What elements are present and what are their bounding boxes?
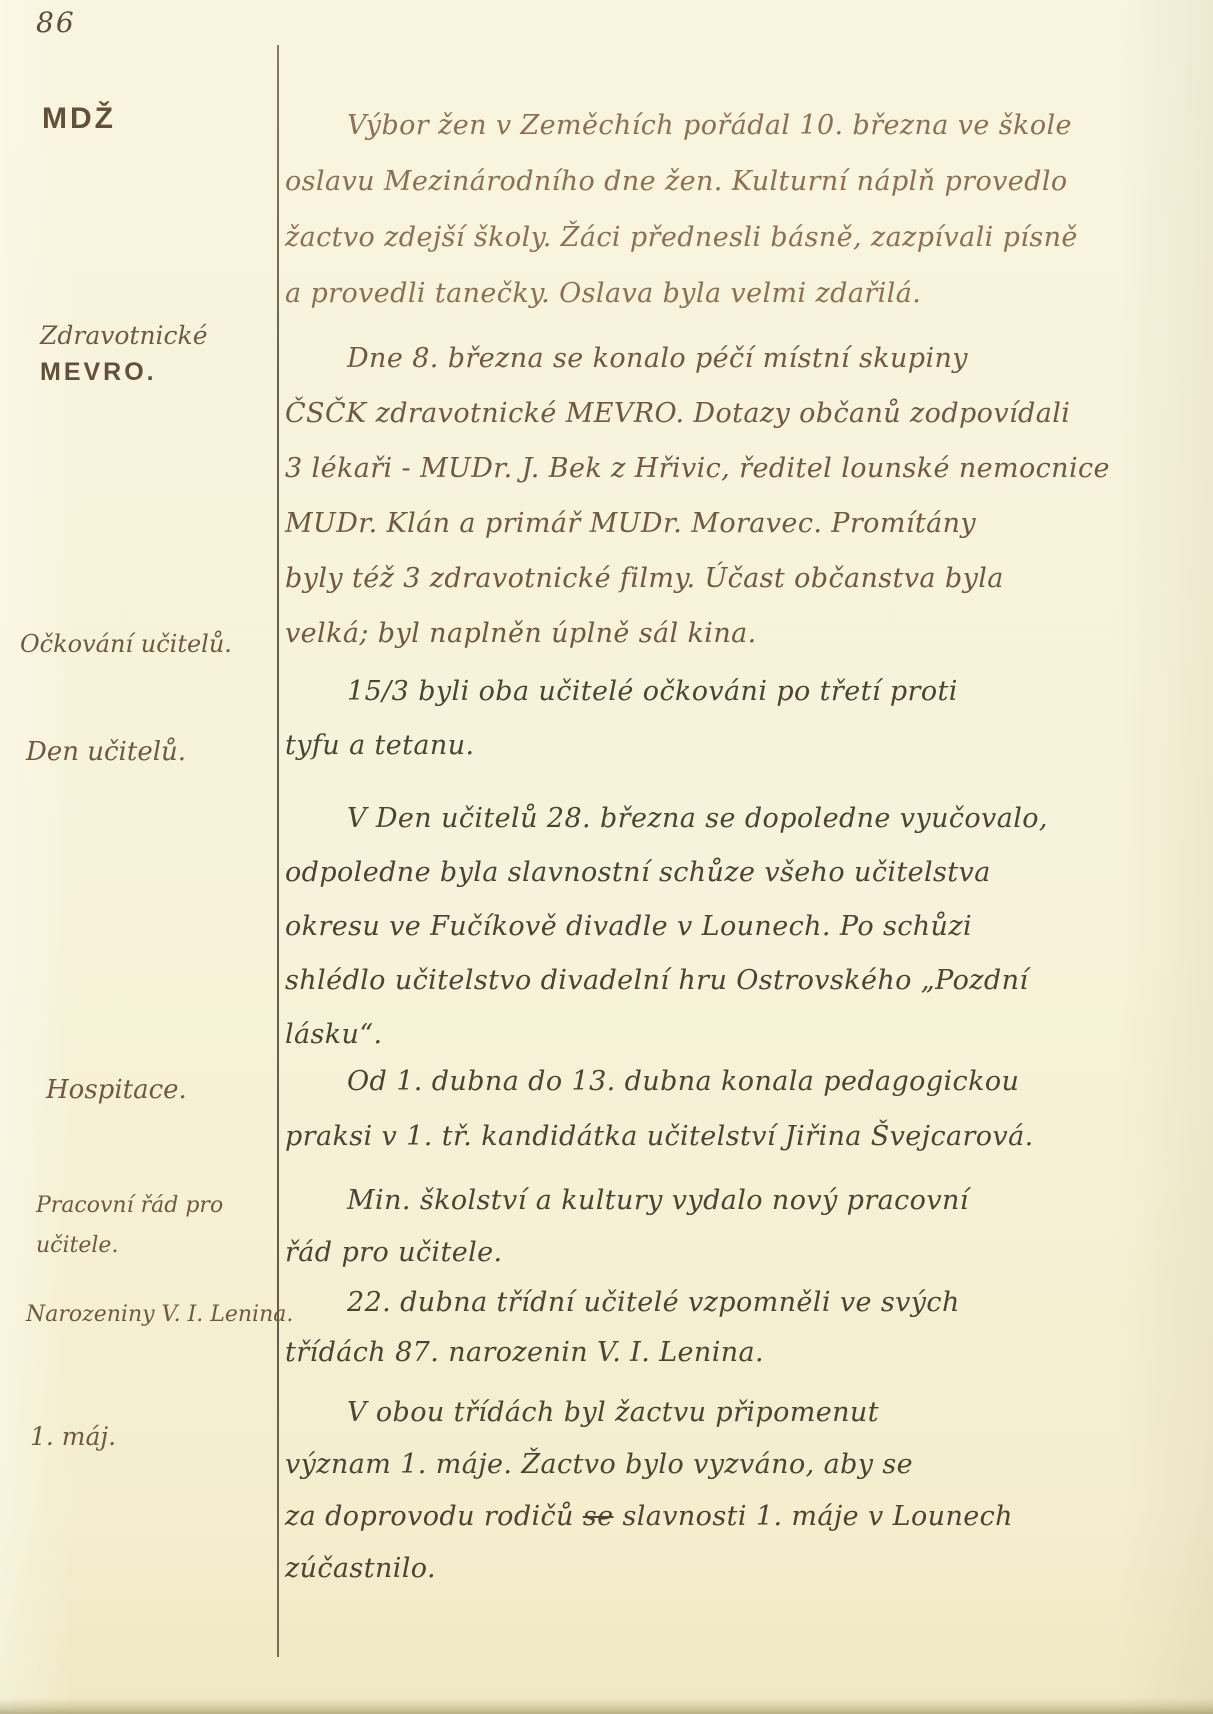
text-line: a provedli tanečky. Oslava byla velmi zd…: [285, 280, 921, 307]
text-line: žactvo zdejší školy. Žáci přednesli básn…: [285, 224, 1078, 251]
text-line: okresu ve Fučíkově divadle v Lounech. Po…: [285, 913, 972, 940]
text-line: MUDr. Klán a primář MUDr. Moravec. Promí…: [285, 510, 976, 537]
margin-note-line: učitele.: [36, 1226, 223, 1266]
margin-note: MDŽ: [42, 100, 116, 138]
page-number: 86: [36, 6, 76, 39]
margin-note-line: Narozeniny V. I. Lenina.: [26, 1300, 293, 1330]
text-line: 22. dubna třídní učitelé vzpomněli ve sv…: [347, 1289, 960, 1316]
text-line: Min. školství a kultury vydalo nový prac…: [347, 1187, 969, 1214]
strikethrough-word: se: [583, 1501, 614, 1532]
margin-note: Očkování učitelů.: [20, 628, 232, 660]
text-line: tyfu a tetanu.: [285, 732, 475, 759]
text-line: Výbor žen v Zeměchích pořádal 10. března…: [347, 112, 1072, 139]
text-segment: za doprovodu rodičů: [285, 1501, 583, 1532]
text-line: velká; byl naplněn úplně sál kina.: [285, 620, 757, 647]
margin-note: ZdravotnickéMEVRO.: [40, 318, 208, 390]
text-line: byly též 3 zdravotnické filmy. Účast obč…: [285, 565, 1004, 592]
text-line: praksi v 1. tř. kandidátka učitelství Ji…: [285, 1123, 1034, 1150]
text-line: řád pro učitele.: [285, 1239, 502, 1266]
text-line: shlédlo učitelstvo divadelní hru Ostrovs…: [285, 967, 1028, 994]
margin-note-line: MDŽ: [42, 100, 116, 138]
text-line: význam 1. máje. Žactvo bylo vyzváno, aby…: [285, 1451, 913, 1478]
text-segment: slavnosti 1. máje v Lounech: [613, 1501, 1012, 1532]
margin-note: Den učitelů.: [26, 736, 186, 768]
margin-note: Pracovní řád proučitele.: [36, 1186, 223, 1266]
text-line: zúčastnilo.: [285, 1555, 436, 1582]
margin-note-line: Hospitace.: [46, 1074, 187, 1106]
text-line: Dne 8. března se konalo péčí místní skup…: [347, 345, 968, 372]
text-line: odpoledne byla slavnostní schůze všeho u…: [285, 859, 991, 886]
margin-rule: [277, 45, 279, 1657]
margin-note-line: Den učitelů.: [26, 736, 186, 768]
text-line: oslavu Mezinárodního dne žen. Kulturní n…: [285, 168, 1068, 195]
margin-note-line: Zdravotnické: [40, 318, 208, 354]
text-line: za doprovodu rodičů se slavnosti 1. máje…: [285, 1503, 1013, 1530]
document-page: 86 MDŽZdravotnickéMEVRO.Očkování učitelů…: [0, 0, 1213, 1714]
text-line: ČSČK zdravotnické MEVRO. Dotazy občanů z…: [285, 400, 1070, 427]
margin-note: Narozeniny V. I. Lenina.: [26, 1300, 293, 1330]
margin-note-line: Pracovní řád pro: [36, 1186, 223, 1226]
text-line: Od 1. dubna do 13. dubna konala pedagogi…: [347, 1068, 1019, 1095]
margin-note: Hospitace.: [46, 1074, 187, 1106]
margin-note-line: Očkování učitelů.: [20, 628, 232, 660]
text-line: V obou třídách byl žactvu připomenut: [347, 1399, 879, 1426]
text-line: třídách 87. narozenin V. I. Lenina.: [285, 1339, 764, 1366]
margin-note: 1. máj.: [30, 1422, 116, 1452]
margin-note-line: MEVRO.: [40, 354, 208, 390]
text-line: 3 lékaři - MUDr. J. Bek z Hřivic, ředite…: [285, 455, 1110, 482]
text-line: V Den učitelů 28. března se dopoledne vy…: [347, 805, 1048, 832]
text-line: 15/3 byli oba učitelé očkováni po třetí …: [347, 678, 958, 705]
margin-note-line: 1. máj.: [30, 1422, 116, 1452]
page-edge-shadow: [0, 1698, 1213, 1714]
text-line: lásku“.: [285, 1021, 383, 1048]
